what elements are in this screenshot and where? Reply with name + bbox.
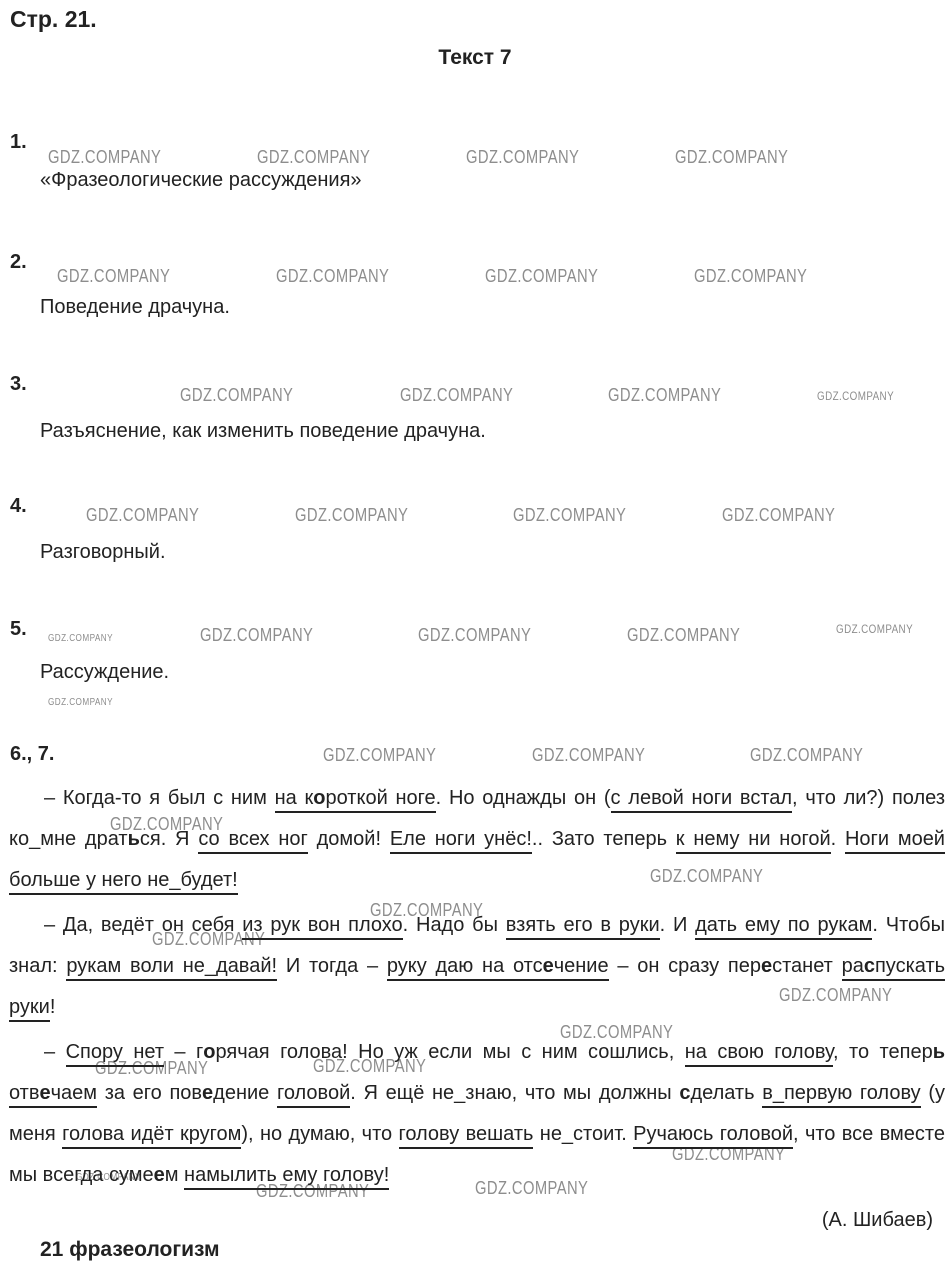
watermark: GDZ.COMPANY: [750, 745, 863, 766]
watermark: GDZ.COMPANY: [722, 505, 835, 526]
essay-paragraph-3: – Спору нет – горячая голова! Но уж если…: [9, 1032, 945, 1196]
document-page: Стр. 21. Текст 7 1. GDZ.COMPANY GDZ.COMP…: [0, 0, 950, 1275]
watermark: GDZ.COMPANY: [675, 147, 788, 168]
watermark: GDZ.COMPANY: [276, 266, 389, 287]
watermark: GDZ.COMPANY: [48, 147, 161, 168]
watermark: GDZ.COMPANY: [466, 147, 579, 168]
watermark: GDZ.COMPANY: [817, 389, 894, 403]
item-number-1: 1.: [10, 131, 27, 154]
watermark: GDZ.COMPANY: [627, 625, 740, 646]
watermark: GDZ.COMPANY: [400, 385, 513, 406]
phraseologism-count: 21 фразеологизм: [40, 1238, 219, 1262]
watermark: GDZ.COMPANY: [513, 505, 626, 526]
watermark: GDZ.COMPANY: [257, 147, 370, 168]
watermark: GDZ.COMPANY: [200, 625, 313, 646]
answer-topic: Поведение драчуна.: [40, 296, 230, 319]
page-number-label: Стр. 21.: [10, 6, 97, 33]
item-number-2: 2.: [10, 251, 27, 274]
watermark: GDZ.COMPANY: [295, 505, 408, 526]
watermark: GDZ.COMPANY: [694, 266, 807, 287]
watermark: GDZ.COMPANY: [86, 505, 199, 526]
item-number-3: 3.: [10, 373, 27, 396]
answer-style: Разговорный.: [40, 541, 166, 564]
essay-paragraph-1: – Когда-то я был с ним на короткой ноге.…: [9, 778, 945, 901]
item-number-6-7: 6., 7.: [10, 743, 54, 766]
answer-main-idea: Разъяснение, как изменить поведение драч…: [40, 420, 486, 443]
watermark: GDZ.COMPANY: [48, 633, 113, 644]
watermark: GDZ.COMPANY: [836, 622, 913, 636]
answer-text-type: Рассуждение.: [40, 661, 169, 684]
watermark: GDZ.COMPANY: [532, 745, 645, 766]
watermark: GDZ.COMPANY: [48, 697, 113, 708]
essay-paragraph-2: – Да, ведёт он себя из рук вон плохо. На…: [9, 905, 945, 1028]
watermark: GDZ.COMPANY: [418, 625, 531, 646]
watermark: GDZ.COMPANY: [57, 266, 170, 287]
watermark: GDZ.COMPANY: [485, 266, 598, 287]
answer-title: «Фразеологические рассуждения»: [40, 169, 362, 192]
item-number-4: 4.: [10, 495, 27, 518]
essay-text: – Когда-то я был с ним на короткой ноге.…: [9, 778, 945, 1241]
item-number-5: 5.: [10, 618, 27, 641]
watermark: GDZ.COMPANY: [323, 745, 436, 766]
watermark: GDZ.COMPANY: [608, 385, 721, 406]
author-attribution: (А. Шибаев): [9, 1200, 945, 1241]
watermark: GDZ.COMPANY: [180, 385, 293, 406]
document-title: Текст 7: [0, 46, 950, 70]
